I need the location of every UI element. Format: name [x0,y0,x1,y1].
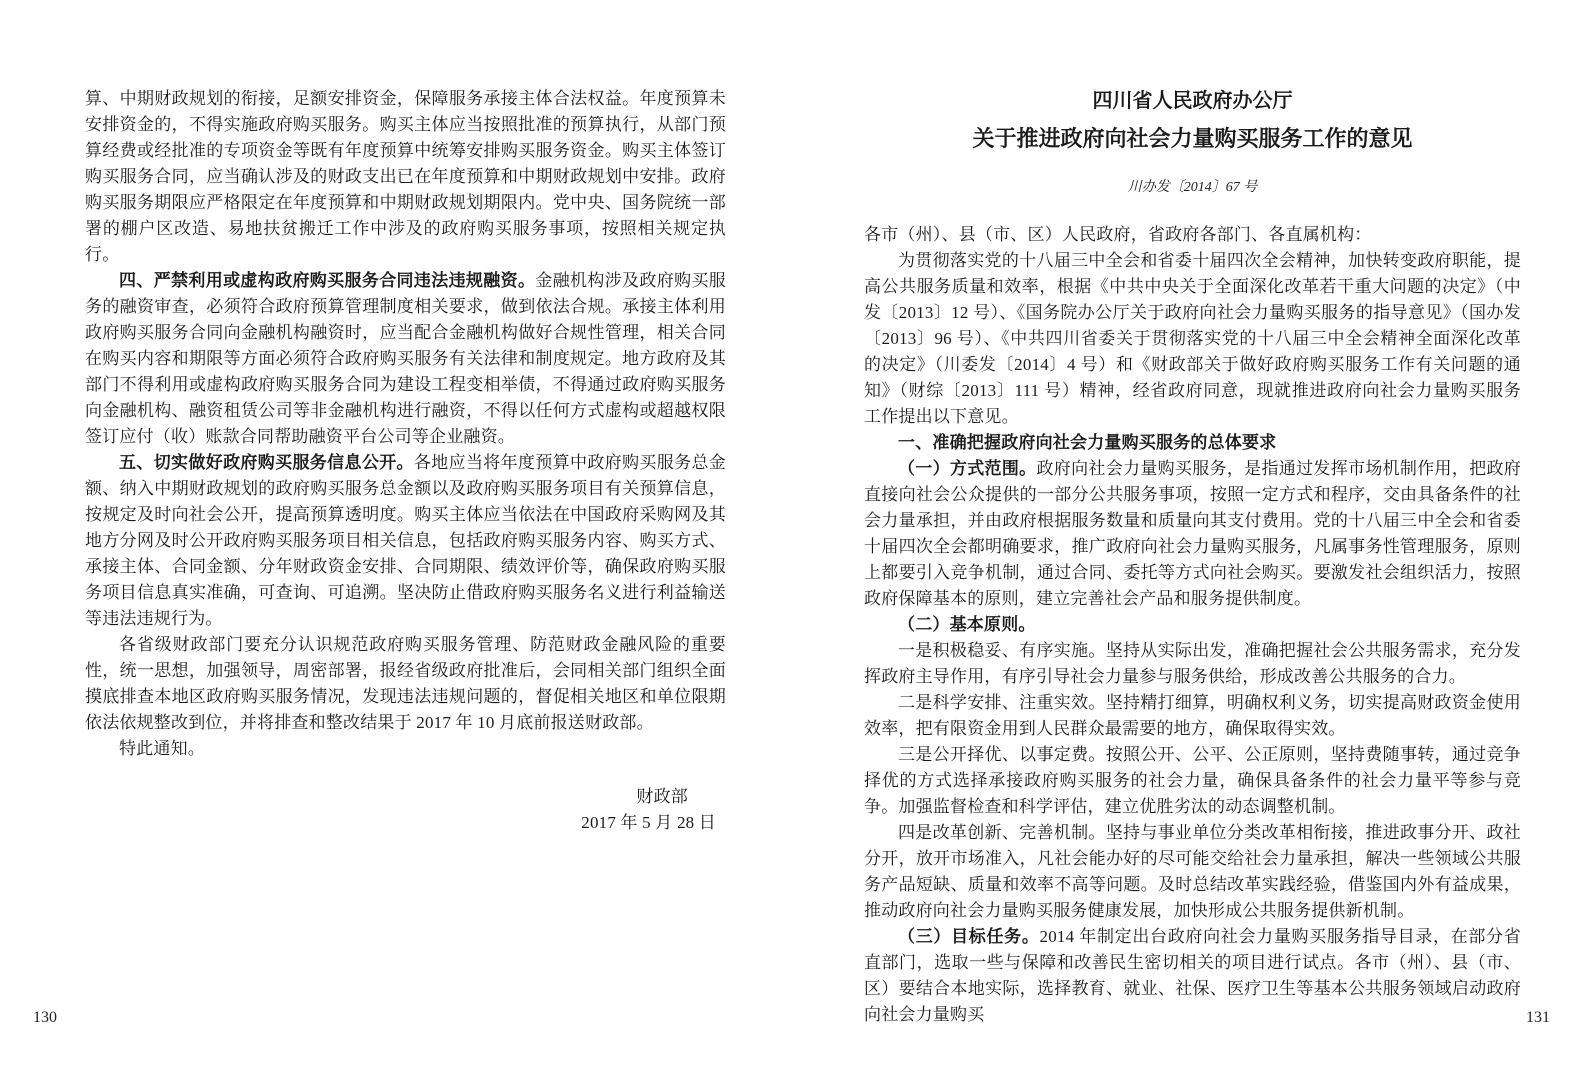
right-paragraph-principle-4: 四是改革创新、完善机制。坚持与事业单位分类改革相衔接，推进政事分开、政社分开，放… [864,820,1521,924]
right-page: 四川省人民政府办公厅 关于推进政府向社会力量购买服务工作的意见 川办发〔2014… [864,86,1521,1028]
left-paragraph-section5-body: 各地应当将年度预算中政府购买服务总金额、纳入中期财政规划的政府购买服务总金额以及… [85,453,726,628]
left-paragraph-section4-lead: 四、严禁利用或虚构政府购买服务合同违法违规融资。 [119,271,535,290]
page-number-131: 131 [1526,1008,1550,1028]
left-paragraph-section5: 五、切实做好政府购买服务信息公开。各地应当将年度预算中政府购买服务总金额、纳入中… [85,450,726,632]
signature-organization: 财政部 [85,784,726,810]
right-paragraph-principle-1: 一是积极稳妥、有序实施。坚持从实际出发，准确把握社会公共服务需求，充分发挥政府主… [864,638,1521,690]
right-paragraph-goals-lead: （三）目标任务。 [898,927,1040,946]
page-number-130: 130 [33,1008,57,1028]
document-number: 川办发〔2014〕67 号 [864,179,1521,197]
left-paragraph-section4: 四、严禁利用或虚构政府购买服务合同违法违规融资。金融机构涉及政府购买服务的融资审… [85,268,726,450]
right-paragraph-preamble: 为贯彻落实党的十八届三中全会和省委十届四次全会精神，加快转变政府职能，提高公共服… [864,248,1521,430]
left-paragraph-continuation: 算、中期财政规划的衔接，足额安排资金，保障服务承接主体合法权益。年度预算未安排资… [85,86,726,268]
right-paragraph-principle-2: 二是科学安排、注重实效。坚持精打细算，明确权利义务，切实提高财政资金使用效率，把… [864,690,1521,742]
salutation-line: 各市（州）、县（市、区）人民政府，省政府各部门、各直属机构： [864,222,1521,248]
signature-date: 2017 年 5 月 28 日 [85,810,726,836]
left-page: 算、中期财政规划的衔接，足额安排资金，保障服务承接主体合法权益。年度预算未安排资… [85,86,726,836]
left-paragraph-section5-lead: 五、切实做好政府购买服务信息公开。 [119,453,414,472]
right-paragraph-scope-lead: （一）方式范围。 [898,459,1036,478]
left-paragraph-closing: 各省级财政部门要充分认识规范政府购买服务管理、防范财政金融风险的重要性，统一思想… [85,632,726,736]
document-title-subject: 关于推进政府向社会力量购买服务工作的意见 [864,123,1521,155]
right-paragraph-scope: （一）方式范围。政府向社会力量购买服务，是指通过发挥市场机制作用，把政府直接向社… [864,456,1521,612]
section-heading-1: 一、准确把握政府向社会力量购买服务的总体要求 [864,430,1521,456]
right-paragraph-goals: （三）目标任务。2014 年制定出台政府向社会力量购买服务指导目录，在部分省直部… [864,924,1521,1028]
section-heading-principles: （二）基本原则。 [864,612,1521,638]
right-paragraph-scope-body: 政府向社会力量购买服务，是指通过发挥市场机制作用，把政府直接向社会公众提供的一部… [864,459,1521,608]
document-title-issuer: 四川省人民政府办公厅 [864,86,1521,116]
left-paragraph-section4-body: 金融机构涉及政府购买服务的融资审查，必须符合政府预算管理制度相关要求，做到依法合… [85,271,726,446]
left-paragraph-notice: 特此通知。 [85,736,726,762]
right-paragraph-principle-3: 三是公开择优、以事定费。按照公开、公平、公正原则，坚持费随事转，通过竞争择优的方… [864,742,1521,820]
book-spread: 算、中期财政规划的衔接，足额安排资金，保障服务承接主体合法权益。年度预算未安排资… [0,0,1587,1077]
